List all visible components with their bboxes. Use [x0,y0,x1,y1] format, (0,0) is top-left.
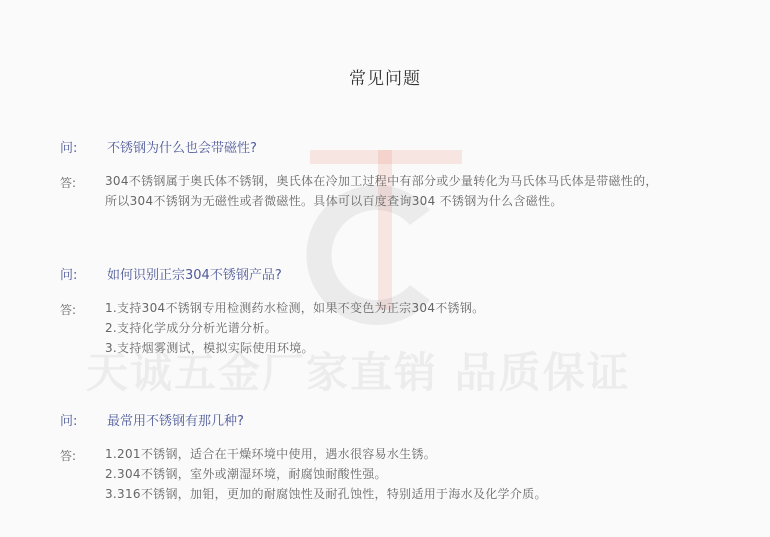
question-row: 问: 不锈钢为什么也会带磁性? [60,136,740,156]
answer-line: 2.304不锈钢，室外或潮湿环境，耐腐蚀耐酸性强。 [105,467,547,482]
question-row: 问: 如何识别正宗304不锈钢产品? [60,263,740,283]
answer-line: 2.支持化学成分分析光谱分析。 [105,321,484,336]
question-text: 不锈钢为什么也会带磁性? [107,137,257,156]
question-text: 最常用不锈钢有那几种? [107,410,244,429]
answer-label: 答: [60,174,105,209]
faq-item: 问: 如何识别正宗304不锈钢产品? 答: 1.支持304不锈钢专用检测药水检测… [60,263,740,356]
answer-line: 3.316不锈钢，加钼，更加的耐腐蚀性及耐孔蚀性，特别适用于海水及化学介质。 [105,487,547,502]
question-label: 问: [60,410,107,429]
answer-line: 所以304不锈钢为无磁性或者微磁性。具体可以百度查询304 不锈钢为什么含磁性。 [105,194,658,209]
answer-line: 1.201不锈钢，适合在干燥环境中使用，遇水很容易水生锈。 [105,447,547,462]
answer-line: 1.支持304不锈钢专用检测药水检测，如果不变色为正宗304不锈钢。 [105,301,484,316]
question-text: 如何识别正宗304不锈钢产品? [107,264,282,283]
answer-row: 答: 304不锈钢属于奥氏体不锈钢，奥氏体在冷加工过程中有部分或少量转化为马氏体… [60,174,740,209]
faq-page: 天诚五金厂家直销 品质保证 常见问题 问: 不锈钢为什么也会带磁性? 答: 30… [0,0,770,537]
faq-item: 问: 不锈钢为什么也会带磁性? 答: 304不锈钢属于奥氏体不锈钢，奥氏体在冷加… [60,136,740,209]
answer-row: 答: 1.201不锈钢，适合在干燥环境中使用，遇水很容易水生锈。 2.304不锈… [60,447,740,502]
answer-label: 答: [60,301,105,356]
answer-line: 304不锈钢属于奥氏体不锈钢，奥氏体在冷加工过程中有部分或少量转化为马氏体马氏体… [105,174,658,189]
answer-line: 3.支持烟雾测试，模拟实际使用环境。 [105,341,484,356]
faq-item: 问: 最常用不锈钢有那几种? 答: 1.201不锈钢，适合在干燥环境中使用，遇水… [60,409,740,502]
question-row: 问: 最常用不锈钢有那几种? [60,409,740,429]
answer-label: 答: [60,447,105,502]
answer-row: 答: 1.支持304不锈钢专用检测药水检测，如果不变色为正宗304不锈钢。 2.… [60,301,740,356]
page-title: 常见问题 [0,64,770,89]
question-label: 问: [60,264,107,283]
question-label: 问: [60,137,107,156]
